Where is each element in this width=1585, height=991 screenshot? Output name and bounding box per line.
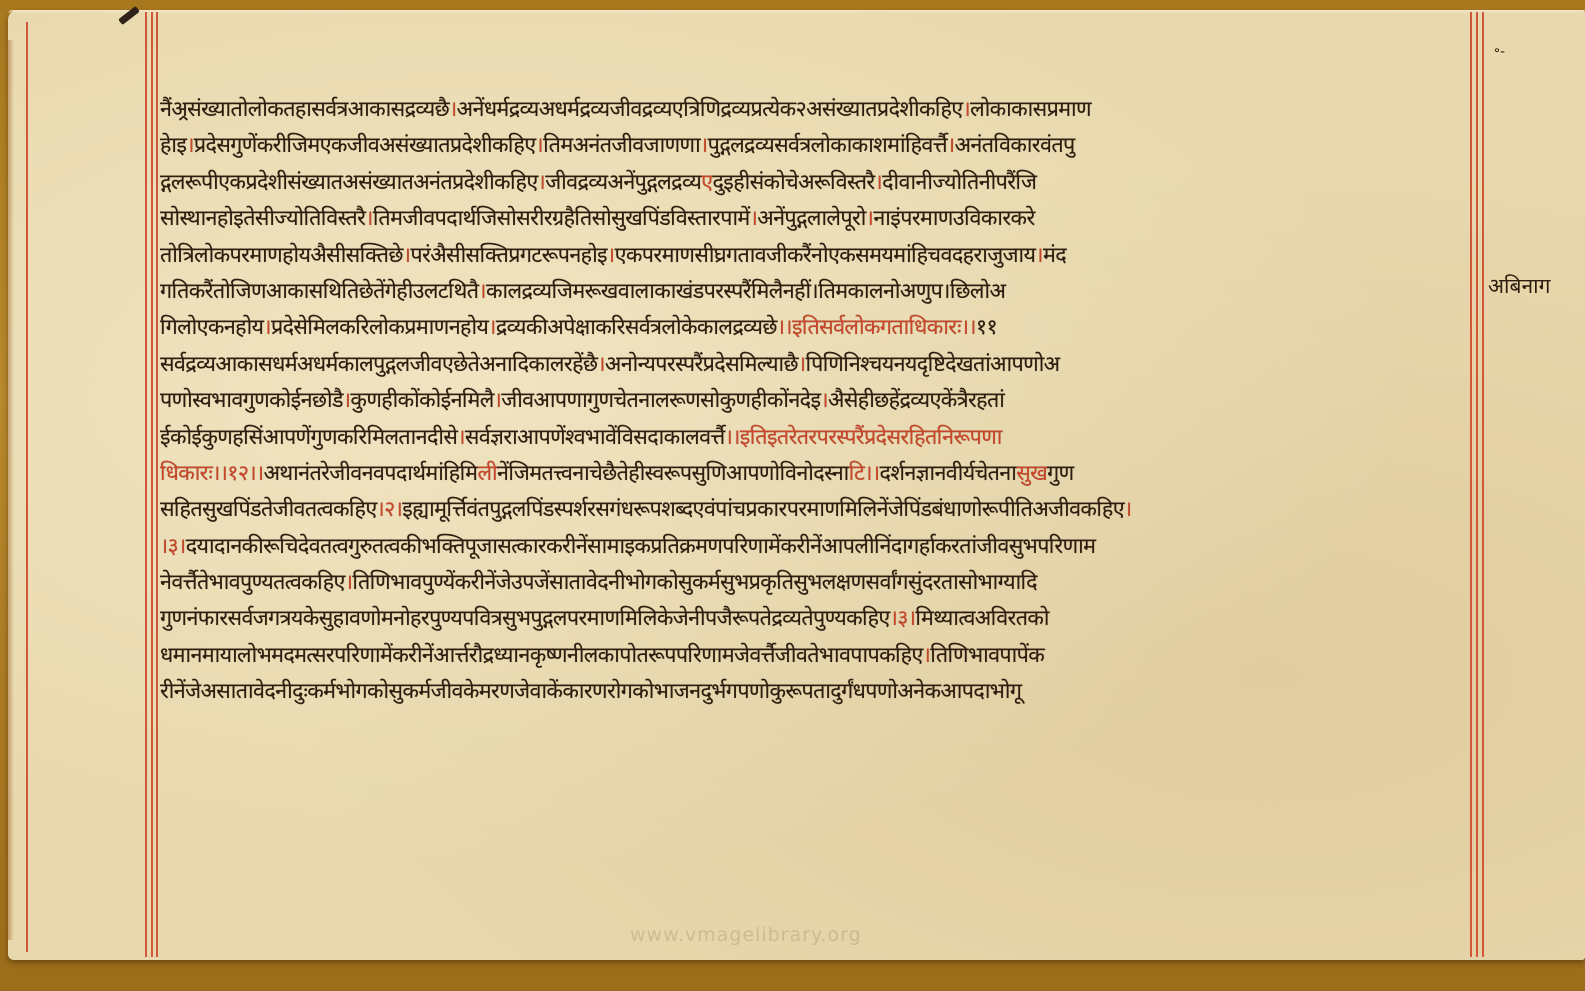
text-segment: । — [942, 279, 950, 304]
text-segment: दीवानीज्योतिनीपरैंजि — [882, 170, 1036, 195]
text-segment: अथानंतरेजीवनवपदार्थमांहिमि — [264, 461, 478, 486]
manuscript-line: धमानमायालोभमदमत्सरपरिणामेंकरीनेंआर्त्तरौ… — [160, 638, 1460, 674]
rubric-segment: टि — [849, 461, 865, 486]
rubric-segment: । — [1124, 497, 1132, 522]
rubric-segment: । — [820, 388, 828, 413]
text-segment: जीवद्रव्यअनेंपुद्गलद्रव्य — [545, 170, 701, 195]
text-segment: अनंतविकारवंतपु — [955, 133, 1075, 158]
text-segment: इह्यामूर्त्तिवंतपुद्गलपिंडस्पर्शरसगंधरूप… — [402, 497, 1124, 522]
manuscript-line: धिकारः।।१२।।अथानंतरेजीवनवपदार्थमांहिमिली… — [160, 456, 1460, 492]
manuscript-line: पणोस्वभावगुणकोईनछोडै।कुणहीकोंकोईनमिलै।जी… — [160, 383, 1460, 419]
text-segment: तिमअनंतजीवजाणणा — [543, 133, 700, 158]
manuscript-line: नेवर्त्तैतेभावपुण्यतत्वकहिए।तिणिभावपुण्य… — [160, 565, 1460, 601]
text-segment: छिलोअ — [950, 279, 1005, 304]
rubric-segment: ।२। — [377, 497, 403, 522]
rubric-segment: ।।इतिइतरेतरपरस्परैंप्रदेसरहितनिरूपणा — [725, 425, 1002, 450]
text-segment: तिसोसुखपिंडविस्तारपामें — [574, 206, 749, 231]
left-outer-rule — [26, 22, 28, 952]
text-segment: प्रदेसेमिलकरिलोकप्रमाणनहोय — [271, 315, 488, 340]
right-margin-note: अबिनाग — [1488, 272, 1578, 300]
text-segment: तोत्रिलोकपरमाणहोयअैसीसक्तिछे — [160, 243, 403, 268]
manuscript-text-block: नैंअ्रसंख्यातोलोकतहासर्वत्रआकासद्रव्यछै।… — [160, 92, 1460, 711]
text-segment: नैंअ्रसंख्यातोलोकतहासर्वत्रआकासद्रव्यछै — [160, 97, 449, 122]
rubric-segment: । — [478, 279, 486, 304]
rubric-segment: । — [1035, 243, 1043, 268]
text-segment: अनेंपुद्गलालेपूरो — [757, 206, 866, 231]
text-segment: तिमकालनोअणुप — [818, 279, 942, 304]
right-border-rule-3 — [1482, 12, 1484, 957]
rubric-segment: । — [597, 352, 605, 377]
rubric-segment: । — [365, 206, 373, 231]
text-segment: नाइंपरमाणउविकारकरे — [873, 206, 1034, 231]
rubric-segment: । — [875, 170, 883, 195]
rubric-segment: । — [449, 97, 457, 122]
text-segment: प्रदेसगुणेंकरीजिमएकजीवअसंख्यातप्रदेशीकहि… — [194, 133, 536, 158]
text-segment: अनोन्यपरस्परैंप्रदेसमिल्याछै — [605, 352, 798, 377]
text-segment: सर्वज्ञराआपणेंश्वभावेंविसदाकालवर्त्तै — [465, 425, 725, 450]
text-segment: पणोस्वभावगुणकोईनछोडै — [160, 388, 343, 413]
rubric-segment: । — [186, 133, 194, 158]
text-segment: लोकाकासप्रमाण — [970, 97, 1091, 122]
text-segment: अनेंधर्मद्रव्यअधर्मद्रव्यजीवद्रव्यएत्रिण… — [457, 97, 963, 122]
text-segment: दयादानकीरूचिदेवतत्वगुरुतत्वकीभक्तिपूजासत… — [186, 534, 1096, 559]
manuscript-line: ईकोईकुणहसिंआपणेंगुणकरिमिलतानदीसे।सर्वज्ञ… — [160, 420, 1460, 456]
rubric-segment: । — [947, 133, 955, 158]
rubric-segment: ली — [477, 461, 497, 486]
text-segment: सोस्थानहोइतेसीज्योतिविस्तरै — [160, 206, 365, 231]
text-segment: तिणिभावपुण्येंकरीनेंजेउपजेंसातावेदनीभोगक… — [352, 570, 1037, 595]
text-segment: द्रव्यकीअपेक्षाकरिसर्वत्रलोकेकालद्रव्यछे — [496, 315, 777, 340]
text-segment: ११ — [976, 315, 997, 340]
manuscript-line: सहितसुखपिंडतेजीवतत्वकहिए।२।इह्यामूर्त्ति… — [160, 492, 1460, 528]
text-segment: गुण — [1047, 461, 1073, 486]
manuscript-line: गुणनंफारसर्वजगत्रयकेसुहावणोमनोहरपुण्यपवि… — [160, 601, 1460, 637]
text-segment: एकपरमाणसीघ्रगतावजीकरैंनोएकसमयमांहिचवदहरा… — [615, 243, 1036, 268]
text-segment: । — [811, 279, 819, 304]
left-border-rule-2 — [151, 12, 153, 957]
manuscript-line: द्गलरूपीएकप्रदेशीसंख्यातअसंख्यातअनंतप्रद… — [160, 165, 1460, 201]
manuscript-line: नैंअ्रसंख्यातोलोकतहासर्वत्रआकासद्रव्यछै।… — [160, 92, 1460, 128]
text-segment: द्गलरूपीएकप्रदेशीसंख्यातअसंख्यातअनंतप्रद… — [160, 170, 538, 195]
manuscript-line: रीनेंजेअसातावेदनीदुःकर्मभोगकोसुकर्मजीवके… — [160, 674, 1460, 710]
rubric-segment: । — [263, 315, 271, 340]
rubric-segment: । — [607, 243, 615, 268]
rubric-segment: ।। — [864, 461, 879, 486]
text-segment: कुणहीकोंकोईनमिलै — [350, 388, 493, 413]
manuscript-line: तोत्रिलोकपरमाणहोयअैसीसक्तिछे।परंअैसीसक्त… — [160, 238, 1460, 274]
rubric-segment: । — [536, 133, 544, 158]
leaf-edge — [8, 10, 1585, 14]
text-segment: गतिकरैंतोजिणआकासथितिछेतेंगेहीउलटथितै — [160, 279, 478, 304]
rubric-segment: । — [963, 97, 971, 122]
rubric-segment: ।।इतिसर्वलोकगताधिकारः।। — [777, 315, 976, 340]
leaf-left-edge — [8, 40, 14, 940]
text-segment: जीवआपणागुणचेतनालरूणसोकुणहीकोंनदेइ — [501, 388, 820, 413]
rubric-segment: ।३। — [890, 606, 916, 631]
text-segment: पुद्गलद्रव्यसर्वत्रलोकाकाशमांहिवर्त्तै — [708, 133, 947, 158]
manuscript-line: हेाइ।प्रदेसगुणेंकरीजिमएकजीवअसंख्यातप्रदे… — [160, 128, 1460, 164]
text-segment: पिणिनिश्चयनयदृष्टिदेखतांआपणोअ — [806, 352, 1060, 377]
text-segment: अैसेहीछहेंद्रव्यएकेंत्रैरहतां — [828, 388, 1004, 413]
text-segment: दर्शनज्ञानवीर्यचेतना — [880, 461, 1017, 486]
text-segment: हेाइ — [160, 133, 186, 158]
rubric-segment: ए — [701, 170, 712, 195]
corner-mark: ॰- — [1494, 42, 1505, 61]
manuscript-line: सर्वद्रव्यआकासधर्मअधर्मकालपुद्गलजीवएछेते… — [160, 347, 1460, 383]
text-segment: नेंजिमतत्त्वनाचेछैतेहीस्वरूपसुणिआपणोविनो… — [497, 461, 849, 486]
text-segment: रीनेंजेअसातावेदनीदुःकर्मभोगकोसुकर्मजीवके… — [160, 679, 1021, 704]
manuscript-line: गतिकरैंतोजिणआकासथितिछेतेंगेहीउलटथितै।काल… — [160, 274, 1460, 310]
text-segment: दुइहीसंकोचेअरूविस्तरै — [712, 170, 874, 195]
text-segment: सर्वद्रव्यआकासधर्मअधर्मकालपुद्गलजीवएछेते… — [160, 352, 597, 377]
text-segment: धमानमायालोभमदमत्सरपरिणामेंकरीनेंआर्त्तरौ… — [160, 643, 923, 668]
text-segment: तिणिभावपापेंक — [930, 643, 1044, 668]
text-segment: मंद — [1043, 243, 1066, 268]
rubric-segment: ।३। — [160, 534, 186, 559]
rubric-segment: सुख — [1016, 461, 1047, 486]
text-segment: गुणनंफारसर्वजगत्रयकेसुहावणोमनोहरपुण्यपवि… — [160, 606, 890, 631]
right-border-rule-1 — [1470, 12, 1472, 957]
text-segment: गिलोएकनहोय — [160, 315, 263, 340]
rubric-segment: धिकारः।।१२।। — [160, 461, 264, 486]
watermark: www.vmagelibrary.org — [630, 924, 862, 946]
rubric-segment: । — [488, 315, 496, 340]
left-border-rule-1 — [145, 12, 147, 957]
rubric-segment: । — [700, 133, 708, 158]
text-segment: परंअैसीसक्तिप्रगटरूपनहोइ — [410, 243, 607, 268]
rubric-segment: । — [798, 352, 806, 377]
manuscript-line: ।३।दयादानकीरूचिदेवतत्वगुरुतत्वकीभक्तिपूज… — [160, 529, 1460, 565]
text-segment: तिमजीवपदार्थजिसोसरीरग्रहै — [373, 206, 575, 231]
text-segment: ईकोईकुणहसिंआपणेंगुणकरिमिलतानदीसे — [160, 425, 457, 450]
left-border-rule-3 — [156, 12, 158, 957]
text-segment: सहितसुखपिंडतेजीवतत्वकहिए — [160, 497, 377, 522]
manuscript-line: सोस्थानहोइतेसीज्योतिविस्तरै।तिमजीवपदार्थ… — [160, 201, 1460, 237]
rubric-segment: । — [457, 425, 465, 450]
text-segment: मिथ्यात्वअविरतको — [915, 606, 1049, 631]
text-segment: नेवर्त्तैतेभावपुण्यतत्वकहिए — [160, 570, 345, 595]
text-segment: कालद्रव्यजिमरूखवालाकाखंडपरस्परैंमिलैनहीं — [486, 279, 811, 304]
right-border-rule-2 — [1476, 12, 1478, 957]
manuscript-line: गिलोएकनहोय।प्रदेसेमिलकरिलोकप्रमाणनहोय।द्… — [160, 310, 1460, 346]
